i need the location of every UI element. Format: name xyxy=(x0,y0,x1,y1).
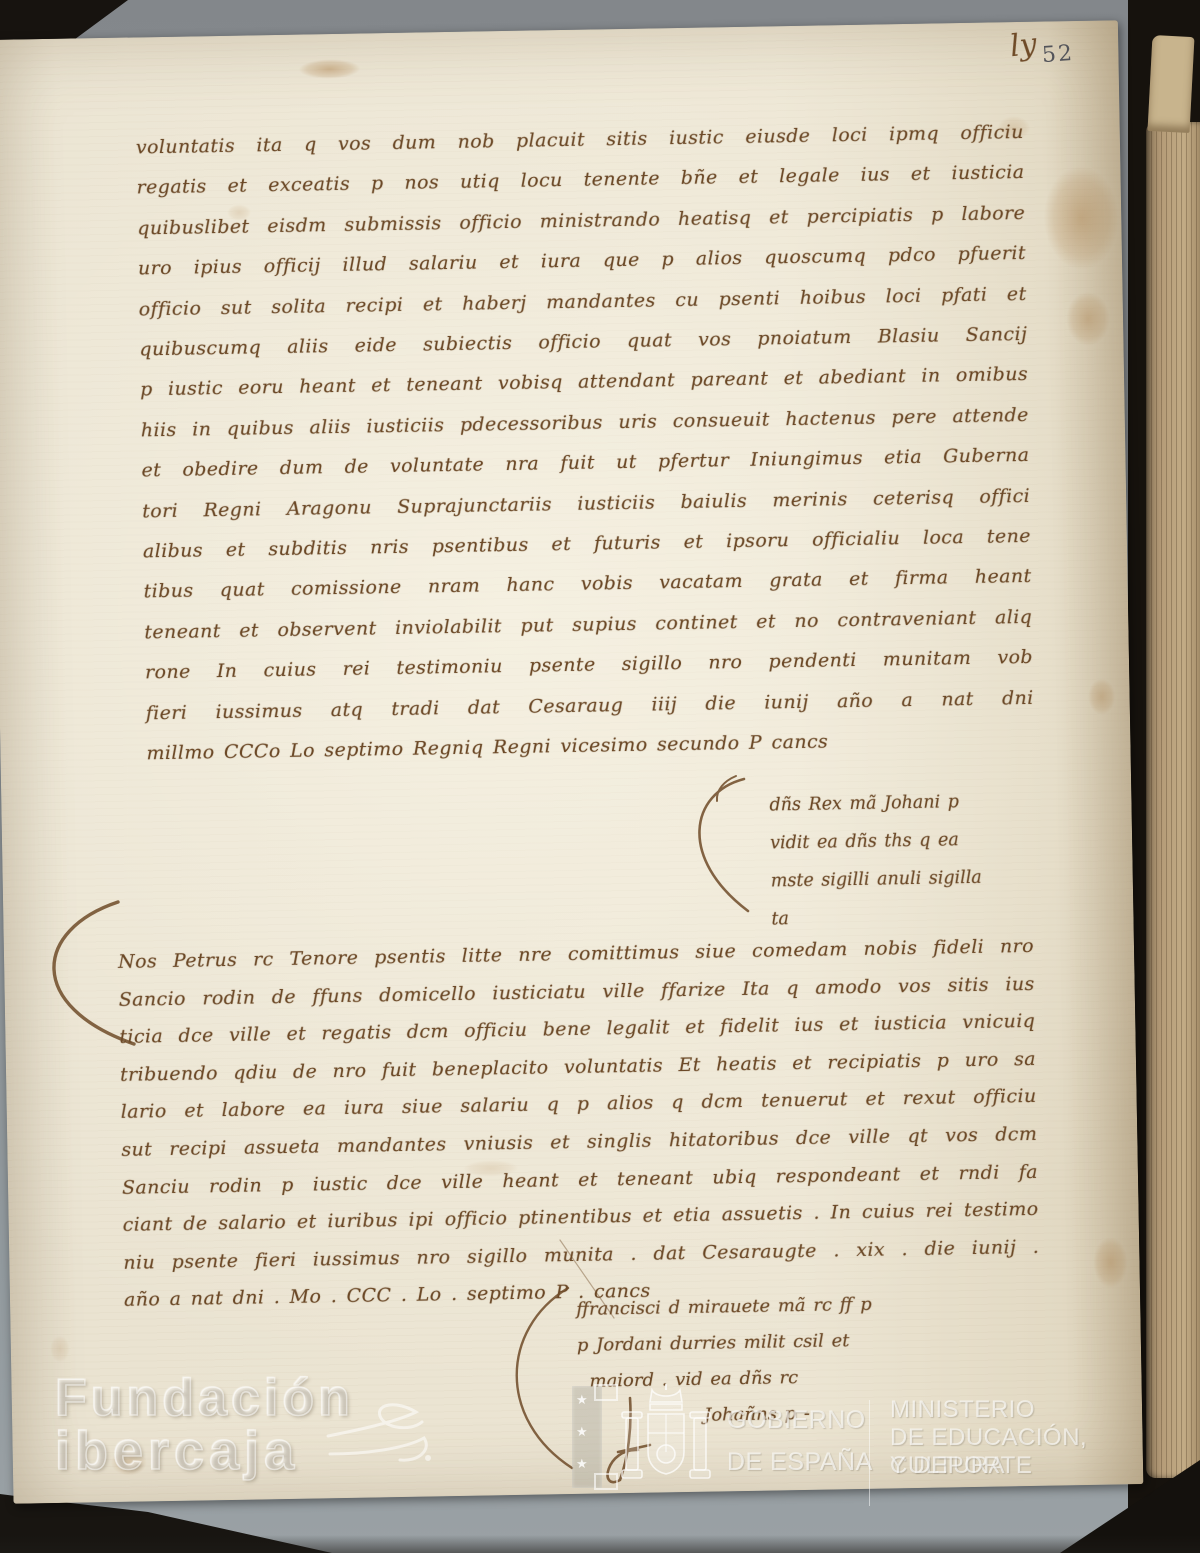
paragraph-royal-letter: voluntatis ita q vos dum nob placuit sit… xyxy=(136,112,1035,774)
paragraph-appointment-letter: Nos Petrus rc Tenore psentis litte nre c… xyxy=(118,928,1040,1320)
paper-surface: voluntatis ita q vos dum nob placuit sit… xyxy=(0,20,1143,1503)
book-fore-edge-corner xyxy=(1148,35,1195,133)
manuscript-page: voluntatis ita q vos dum nob placuit sit… xyxy=(0,20,1143,1503)
foxing-stain xyxy=(288,55,370,82)
notary-note-line: Johañns p - xyxy=(578,1393,999,1436)
chancery-note-line: dñs Rex mã Johani p xyxy=(769,781,1100,825)
foxing-stain xyxy=(530,1503,541,1504)
folio-ink-mark: ly xyxy=(1008,27,1038,65)
book-fore-edge xyxy=(1146,122,1200,1478)
foxing-stain xyxy=(669,1490,684,1504)
foxing-stain xyxy=(47,1331,74,1367)
chancery-note-line: mste sigilli anuli sigilla xyxy=(770,857,1101,901)
chancery-signature-note: dñs Rex mã Johani pvidit ea dñs ths q ea… xyxy=(769,781,1102,939)
scan-shadow-bottom xyxy=(0,1535,1200,1553)
notary-signature-note: ffrancisci d mirauete mã rc ff pp Jordan… xyxy=(576,1285,998,1436)
page-number: 52 xyxy=(1041,41,1075,68)
chancery-note-line: vidit ea dñs ths q ea xyxy=(770,819,1101,863)
foxing-stain xyxy=(105,1445,154,1480)
